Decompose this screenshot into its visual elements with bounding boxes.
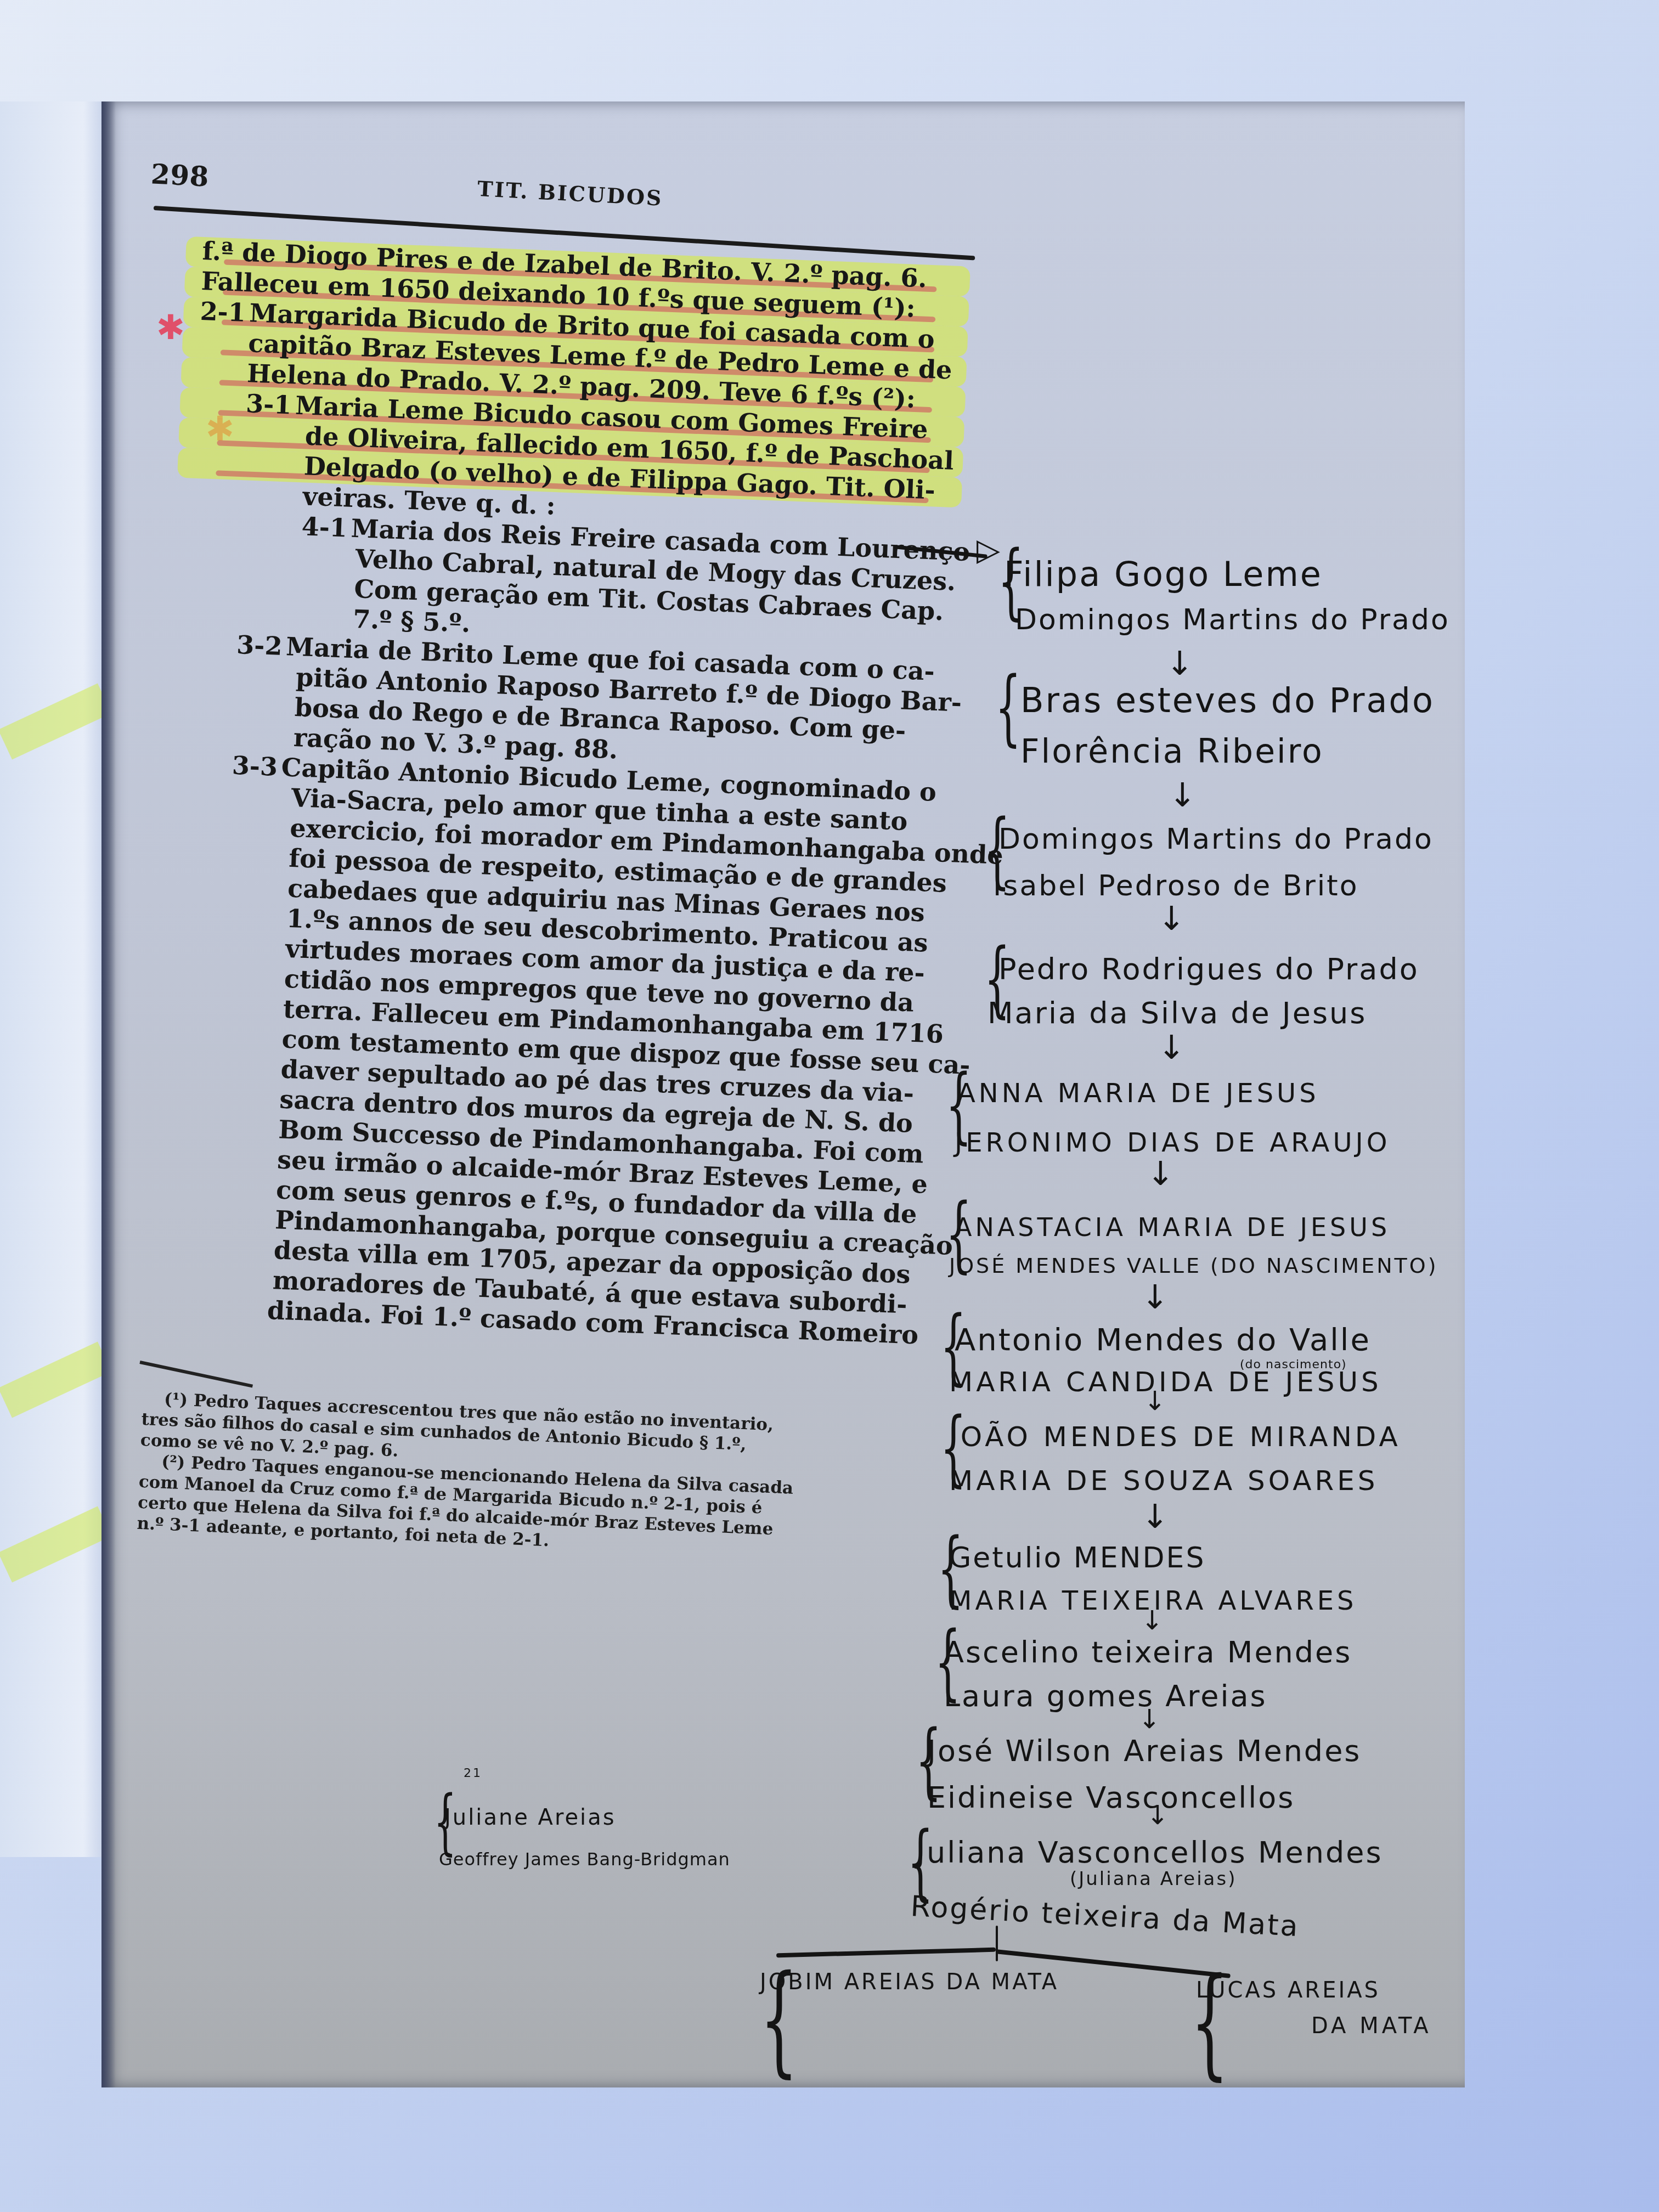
descent-arrow-icon: ↓ xyxy=(1158,902,1185,935)
descent-arrow-icon: ↓ xyxy=(1141,1500,1169,1533)
couple-name-a: Bras esteves do Prado xyxy=(1020,680,1435,720)
left-page-highlight xyxy=(0,684,104,760)
descent-arrow-icon: ↓ xyxy=(1138,1706,1160,1733)
annotation-note: (Juliana Areias) xyxy=(1070,1868,1237,1890)
descent-arrow-icon: ↓ xyxy=(1158,1031,1185,1064)
child-name: LUCAS AREIAS xyxy=(1196,1978,1380,2003)
descent-arrow-icon: ↓ xyxy=(1141,1607,1163,1634)
couple-name-a: JOÃO MENDES DE MIRANDA xyxy=(949,1421,1401,1453)
couple-name-a: Juliana Vasconcellos Mendes xyxy=(916,1835,1383,1870)
annotation-mark: 21 xyxy=(464,1767,482,1780)
annotation-note: (do nascimento) xyxy=(1240,1358,1347,1372)
couple-name-a: Getulio MENDES xyxy=(949,1542,1205,1575)
descent-arrow-icon: ↓ xyxy=(1144,1388,1166,1414)
couple-name-a: Pedro Rodrigues do Prado xyxy=(998,952,1419,986)
couple-name-b: Maria da Silva de Jesus xyxy=(988,996,1367,1030)
pointer-arrow-icon: ▷ xyxy=(977,535,1000,566)
page-number: 298 xyxy=(150,157,210,193)
descent-arrow-icon: ↓ xyxy=(1147,1158,1174,1190)
couple-name-b: Laura gomes Areias xyxy=(944,1679,1267,1713)
couple-name-a: ANASTACIA MARIA DE JESUS xyxy=(955,1212,1390,1242)
left-facing-page-edge xyxy=(0,101,104,1857)
side-name-a: Juliane Areias xyxy=(444,1805,616,1830)
child-name: JOBIM AREIAS da MATA xyxy=(760,1970,1059,1995)
child-name-line2: DA MATA xyxy=(1311,2013,1432,2039)
couple-name-b: Isabel Pedroso de Brito xyxy=(993,870,1359,902)
photo-scene: 298 TIT. BICUDOS ✱ ✱ f.ª de Diogo Pires … xyxy=(0,0,1659,2212)
body-text: f.ª de Diogo Pires e de Izabel de Brito.… xyxy=(161,236,960,1351)
descent-arrow-icon: ↓ xyxy=(1169,779,1196,812)
descent-arrow-icon: ↓ xyxy=(1166,647,1193,680)
side-name-b: Geoffrey James Bang-Bridgman xyxy=(439,1849,730,1870)
red-star-mark-icon: ✱ xyxy=(156,307,185,347)
spine-shadow xyxy=(101,101,116,2087)
left-page-highlight xyxy=(0,1342,104,1418)
couple-name-a: Domingos Martins do Prado xyxy=(998,823,1434,856)
descent-arrow-icon: ↓ xyxy=(1147,1802,1169,1829)
left-page-highlight xyxy=(0,1506,104,1583)
couple-name-b: MARIA DE SOUZA SOARES xyxy=(949,1465,1379,1497)
couple-name-a: José Wilson Areias Mendes xyxy=(927,1734,1362,1768)
couple-name-b: Eidineise Vasconcellos xyxy=(927,1780,1295,1815)
couple-name-a: Antonio Mendes do Valle xyxy=(955,1322,1371,1358)
descent-arrow-icon: ↓ xyxy=(1141,1281,1169,1314)
couple-name-b: Domingos Martins do Prado xyxy=(1015,603,1450,636)
couple-name-b: JOSÉ MENDES VALLE (do nascimento) xyxy=(949,1254,1438,1278)
couple-name-b: JERONIMO DIAS DE ARAUJO xyxy=(955,1127,1391,1158)
branch-line xyxy=(996,1926,998,1961)
brace-icon: { xyxy=(995,667,1022,749)
couple-name-a: Filipa Gogo Leme xyxy=(1004,554,1323,594)
couple-name-a: Ascelino teixeira Mendes xyxy=(944,1635,1352,1669)
couple-name-b: Florência Ribeiro xyxy=(1020,732,1324,771)
couple-name-a: ANNA MARIA DE JESUS xyxy=(957,1078,1319,1109)
